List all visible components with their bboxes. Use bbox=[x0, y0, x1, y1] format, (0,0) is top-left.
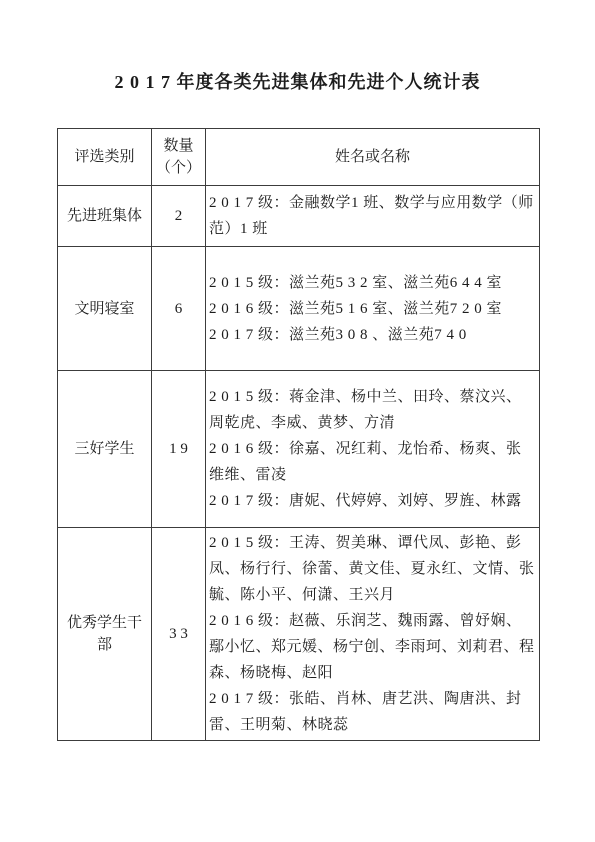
document-title: 2 0 1 7 年度各类先进集体和先进个人统计表 bbox=[0, 68, 595, 94]
name-line: 2 0 1 7 级：金融数学1 班、数学与应用数学（师范）1 班 bbox=[209, 190, 536, 242]
name-line: 2 0 1 5 级：滋兰苑5 3 2 室、滋兰苑6 4 4 室 bbox=[209, 270, 536, 296]
header-category: 评选类别 bbox=[58, 129, 152, 186]
count-cell: 3 3 bbox=[152, 528, 206, 741]
count-cell: 1 9 bbox=[152, 371, 206, 528]
table-row: 三好学生 1 9 2 0 1 5 级：蒋金津、杨中兰、田玲、蔡汶兴、周乾虎、李威… bbox=[58, 371, 540, 528]
name-line: 2 0 1 5 级：蒋金津、杨中兰、田玲、蔡汶兴、周乾虎、李威、黄梦、方清 bbox=[209, 384, 536, 436]
names-cell: 2 0 1 5 级：蒋金津、杨中兰、田玲、蔡汶兴、周乾虎、李威、黄梦、方清 2 … bbox=[206, 371, 540, 528]
table-row: 优秀学生干部 3 3 2 0 1 5 级：王涛、贺美琳、谭代凤、彭艳、彭凤、杨行… bbox=[58, 528, 540, 741]
count-cell: 6 bbox=[152, 247, 206, 371]
names-cell: 2 0 1 5 级：滋兰苑5 3 2 室、滋兰苑6 4 4 室 2 0 1 6 … bbox=[206, 247, 540, 371]
category-cell: 优秀学生干部 bbox=[58, 528, 152, 741]
category-cell: 三好学生 bbox=[58, 371, 152, 528]
name-line: 2 0 1 7 级：张皓、肖林、唐艺洪、陶唐洪、封雷、王明菊、林晓蕊 bbox=[209, 686, 536, 738]
document-page: 2 0 1 7 年度各类先进集体和先进个人统计表 评选类别 数量（个） 姓名或名… bbox=[0, 0, 595, 842]
table-row: 文明寝室 6 2 0 1 5 级：滋兰苑5 3 2 室、滋兰苑6 4 4 室 2… bbox=[58, 247, 540, 371]
name-line: 2 0 1 6 级：滋兰苑5 1 6 室、滋兰苑7 2 0 室 bbox=[209, 296, 536, 322]
names-cell: 2 0 1 5 级：王涛、贺美琳、谭代凤、彭艳、彭凤、杨行行、徐蕾、黄文佳、夏永… bbox=[206, 528, 540, 741]
count-cell: 2 bbox=[152, 186, 206, 247]
table-row: 先进班集体 2 2 0 1 7 级：金融数学1 班、数学与应用数学（师范）1 班 bbox=[58, 186, 540, 247]
category-cell: 文明寝室 bbox=[58, 247, 152, 371]
name-line: 2 0 1 7 级：唐妮、代婷婷、刘婷、罗旌、林露 bbox=[209, 488, 536, 514]
table-header-row: 评选类别 数量（个） 姓名或名称 bbox=[58, 129, 540, 186]
stats-table: 评选类别 数量（个） 姓名或名称 先进班集体 2 2 0 1 7 级：金融数学1… bbox=[57, 128, 540, 741]
header-names: 姓名或名称 bbox=[206, 129, 540, 186]
name-line: 2 0 1 6 级：赵薇、乐润芝、魏雨露、曾妤娴、鄢小忆、郑元媛、杨宁创、李雨珂… bbox=[209, 608, 536, 686]
header-count: 数量（个） bbox=[152, 129, 206, 186]
category-cell: 先进班集体 bbox=[58, 186, 152, 247]
name-line: 2 0 1 7 级：滋兰苑3 0 8 、滋兰苑7 4 0 bbox=[209, 322, 536, 348]
names-cell: 2 0 1 7 级：金融数学1 班、数学与应用数学（师范）1 班 bbox=[206, 186, 540, 247]
name-line: 2 0 1 6 级：徐嘉、况红莉、龙怡希、杨爽、张维维、雷凌 bbox=[209, 436, 536, 488]
name-line: 2 0 1 5 级：王涛、贺美琳、谭代凤、彭艳、彭凤、杨行行、徐蕾、黄文佳、夏永… bbox=[209, 530, 536, 608]
